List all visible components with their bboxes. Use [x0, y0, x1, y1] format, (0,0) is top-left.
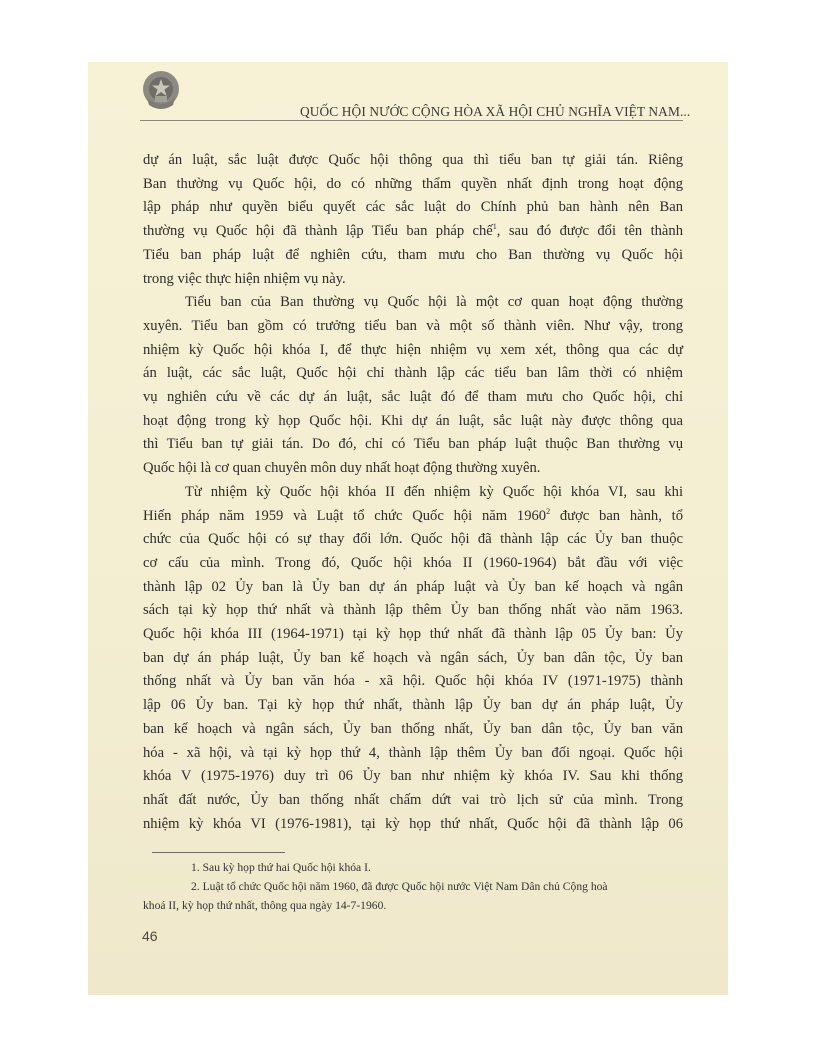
text-segment: thường vụ Quốc hội đã thành lập Tiểu ban… — [143, 223, 493, 239]
footnote-2: 2. Luật tổ chức Quốc hội năm 1960, đã đư… — [152, 877, 683, 915]
text-line: lập pháp như quyền biểu quyết các sắc lu… — [143, 196, 683, 220]
text-line: ban dự án pháp luật, Ủy ban kế hoạch và … — [143, 647, 683, 671]
text-line: hoạt động trong kỳ họp Quốc hội. Khi dự … — [143, 410, 683, 434]
text-line: ban kế hoạch và ngân sách, Ủy ban thống … — [143, 718, 683, 742]
text-line: vụ nghiên cứu về các dự án luật, sắc luậ… — [143, 386, 683, 410]
paragraph-1: dự án luật, sắc luật được Quốc hội thông… — [143, 149, 683, 291]
text-line: nhất đất nước, Ủy ban thống nhất chấm dứ… — [143, 789, 683, 813]
text-line: trong việc thực hiện nhiệm vụ này. — [143, 268, 683, 292]
text-segment: được ban hành, tổ — [550, 508, 683, 524]
text-segment: , sau đó được đổi tên thành — [497, 223, 683, 239]
text-line: thì Tiểu ban tự giải tán. Do đó, chỉ có … — [143, 433, 683, 457]
footnote-line: 2. Luật tổ chức Quốc hội năm 1960, đã đư… — [152, 877, 683, 896]
footnote-line: khoá II, kỳ họp thứ nhất, thông qua ngày… — [143, 896, 683, 915]
footnote-separator — [152, 852, 285, 853]
text-line: Tiểu ban của Ban thường vụ Quốc hội là m… — [143, 291, 683, 315]
page-number: 46 — [142, 928, 158, 944]
text-line: khóa V (1975-1976) duy trì 06 Ủy ban như… — [143, 765, 683, 789]
paragraph-3: Từ nhiệm kỳ Quốc hội khóa II đến nhiệm k… — [143, 481, 683, 837]
text-line: chức của Quốc hội có sự thay đổi lớn. Qu… — [143, 528, 683, 552]
header-rule — [140, 120, 683, 121]
footnote-line: 1. Sau kỳ họp thứ hai Quốc hội khóa I. — [152, 858, 683, 877]
text-line: thống nhất và Ủy ban văn hóa - xã hội. Q… — [143, 670, 683, 694]
text-line: Quốc hội là cơ quan chuyên môn duy nhất … — [143, 457, 683, 481]
body-text: dự án luật, sắc luật được Quốc hội thông… — [143, 149, 683, 836]
paragraph-2: Tiểu ban của Ban thường vụ Quốc hội là m… — [143, 291, 683, 481]
running-title: QUỐC HỘI NƯỚC CỘNG HÒA XÃ HỘI CHỦ NGHĨA … — [300, 104, 683, 120]
text-line: Tiểu ban pháp luật để nghiên cứu, tham m… — [143, 244, 683, 268]
text-line: hóa - xã hội, và tại kỳ họp thứ 4, thành… — [143, 742, 683, 766]
text-line: sách tại kỳ họp thứ nhất và thành lập th… — [143, 599, 683, 623]
footnotes: 1. Sau kỳ họp thứ hai Quốc hội khóa I. 2… — [152, 858, 683, 915]
text-line: lập 06 Ủy ban. Tại kỳ họp thứ nhất, thàn… — [143, 694, 683, 718]
text-line-with-footnote: Hiến pháp năm 1959 và Luật tổ chức Quốc … — [143, 505, 683, 529]
text-line: thành lập 02 Ủy ban là Ủy ban dự án pháp… — [143, 576, 683, 600]
national-emblem-icon — [138, 68, 184, 114]
text-line: Ban thường vụ Quốc hội, do có những thẩm… — [143, 173, 683, 197]
text-line: Từ nhiệm kỳ Quốc hội khóa II đến nhiệm k… — [143, 481, 683, 505]
text-line: cơ cấu của mình. Trong đó, Quốc hội khóa… — [143, 552, 683, 576]
text-line: nhiệm kỳ khóa VI (1976-1981), tại kỳ họp… — [143, 813, 683, 837]
text-line: án luật, các sắc luật, Quốc hội chỉ thàn… — [143, 362, 683, 386]
text-line: dự án luật, sắc luật được Quốc hội thông… — [143, 149, 683, 173]
text-line: Quốc hội khóa III (1964-1971) tại kỳ họp… — [143, 623, 683, 647]
text-segment: Hiến pháp năm 1959 và Luật tổ chức Quốc … — [143, 508, 546, 524]
text-line: nhiệm kỳ Quốc hội khóa I, để thực hiện n… — [143, 339, 683, 363]
text-line-with-footnote: thường vụ Quốc hội đã thành lập Tiểu ban… — [143, 220, 683, 244]
footnote-1: 1. Sau kỳ họp thứ hai Quốc hội khóa I. — [152, 858, 683, 877]
text-line: xuyên. Tiểu ban gồm có trưởng tiểu ban v… — [143, 315, 683, 339]
